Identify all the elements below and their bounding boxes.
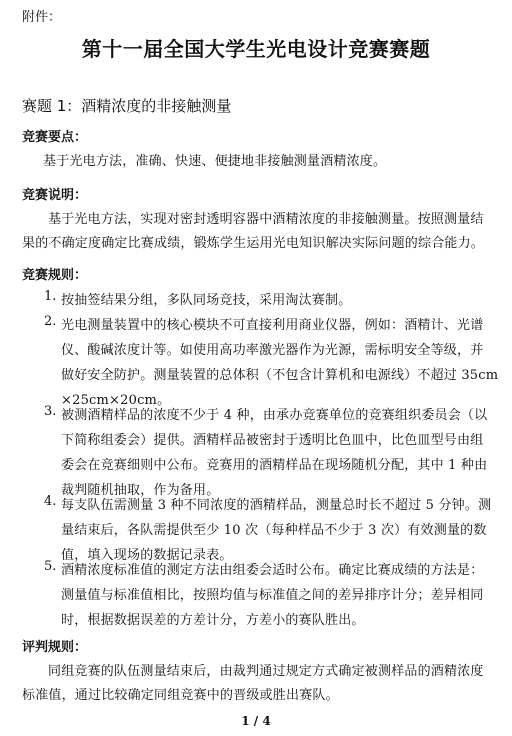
section-heading-rules: 竞赛规则： [22,264,87,283]
judging-line: 同组竞赛的队伍测量结束后，由裁判通过规定方式确定被测样品的酒精浓度 [48,660,484,679]
rule-line: 酒精浓度标准值的测定方法由组委会适时公布。确定比赛成绩的方法是： [61,559,483,578]
section-heading-key-points: 竞赛要点： [22,126,87,145]
rule-line: 委会在竞赛细则中公布。竞赛用的酒精样品在现场随机分配，其中 1 种由 [61,454,487,473]
rule-line: 时，根据数据误差的方差计分，方差小的赛队胜出。 [61,609,365,628]
section-heading-judging: 评判规则： [22,636,87,655]
rule-line: 做好安全防护。测量装置的总体积（不包含计算机和电源线）不超过 35cm [61,364,498,383]
page-indicator: 1 / 4 [0,714,512,728]
description-line: 基于光电方法，实现对密封透明容器中酒精浓度的非接触测量。按照测量结 [48,208,484,227]
rule-number: 1. [44,289,56,304]
rule-line: 被测酒精样品的浓度不少于 4 种，由承办竞赛单位的竞赛组织委员会（以 [61,404,487,423]
judging-line: 标准值，通过比较确定同组竞赛中的晋级或胜出赛队。 [22,684,339,703]
rule-line: 按抽签结果分组，多队同场竞技，采用淘汰赛制。 [61,289,351,308]
rule-number: 4. [44,494,56,509]
description-line: 果的不确定度确定比赛成绩，锻炼学生运用光电知识解决实际问题的综合能力。 [22,232,484,251]
section-heading-description: 竞赛说明： [22,184,87,203]
key-points-line: 基于光电方法，准确、快速、便捷地非接触测量酒精浓度。 [43,150,386,169]
rule-line: 光电测量装置中的核心模块不可直接利用商业仪器，例如：酒精计、光谱 [61,314,483,333]
rule-number: 5. [44,559,56,574]
rule-line: 量结束后，各队需提供至少 10 次（每种样品不少于 3 次）有效测量的数 [61,519,487,538]
rule-number: 2. [44,314,56,329]
rule-line: 下简称组委会）提供。酒精样品被密封于透明比色皿中，比色皿型号由组 [61,429,483,448]
problem-title: 赛题 1：酒精浓度的非接触测量 [22,95,231,116]
rule-line: 仪、酸碱浓度计等。如使用高功率激光器作为光源，需标明安全等级，并 [61,339,483,358]
document-title: 第十一届全国大学生光电设计竞赛赛题 [0,33,512,62]
rule-line: 测量值与标准值相比，按照均值与标准值之间的差异排序计分；差异相同 [61,584,483,603]
rule-number: 3. [44,404,56,419]
rule-line: 每支队伍需测量 3 种不同浓度的酒精样品，测量总时长不超过 5 分钟。测 [61,494,491,513]
attachment-label: 附件： [22,6,61,25]
